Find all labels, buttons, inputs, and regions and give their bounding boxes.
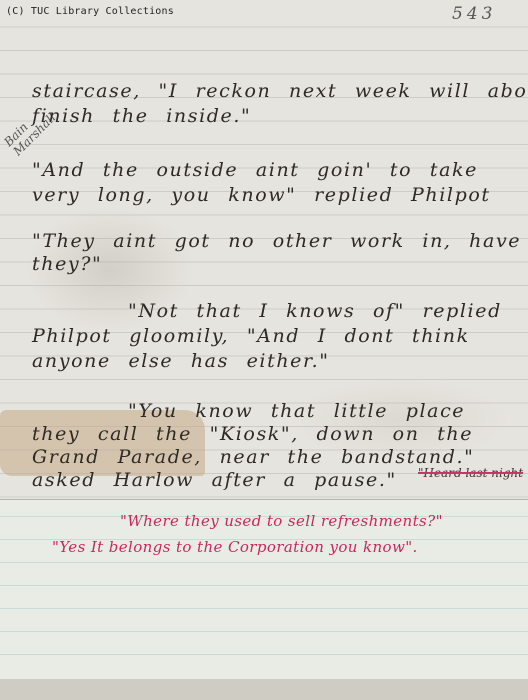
handwritten-line: Grand Parade, near the bandstand." [32,446,474,468]
handwritten-line: Philpot gloomily, "And I dont think [32,325,470,347]
page-number: 543 [452,4,496,24]
red-ink-line: "Yes It belongs to the Corporation you k… [52,538,418,556]
red-ink-line: "Where they used to sell refreshments?" [120,512,443,530]
handwritten-line: they call the "Kiosk", down on the [32,423,473,445]
handwritten-line: asked Harlow after a pause." [32,469,397,491]
copyright-watermark: (C) TUC Library Collections [6,6,174,17]
handwritten-line: "They aint got no other work in, have [32,230,521,252]
handwritten-line: "Not that I knows of" replied [128,300,502,322]
struck-through-text: "Heard last night [418,466,523,480]
handwritten-line: anyone else has either." [32,350,330,372]
page-bottom-edge [0,679,528,700]
handwritten-line: very long, you know" replied Philpot [32,184,491,206]
handwritten-line: "And the outside aint goin' to take [32,159,478,181]
handwritten-line: finish the inside." [32,105,251,127]
handwritten-line: staircase, "I reckon next week will abou… [32,80,528,102]
handwritten-line: they?" [32,253,102,275]
manuscript-page: (C) TUC Library Collections 543 Bain Mar… [0,0,528,700]
handwritten-line: "You know that little place [128,400,465,422]
